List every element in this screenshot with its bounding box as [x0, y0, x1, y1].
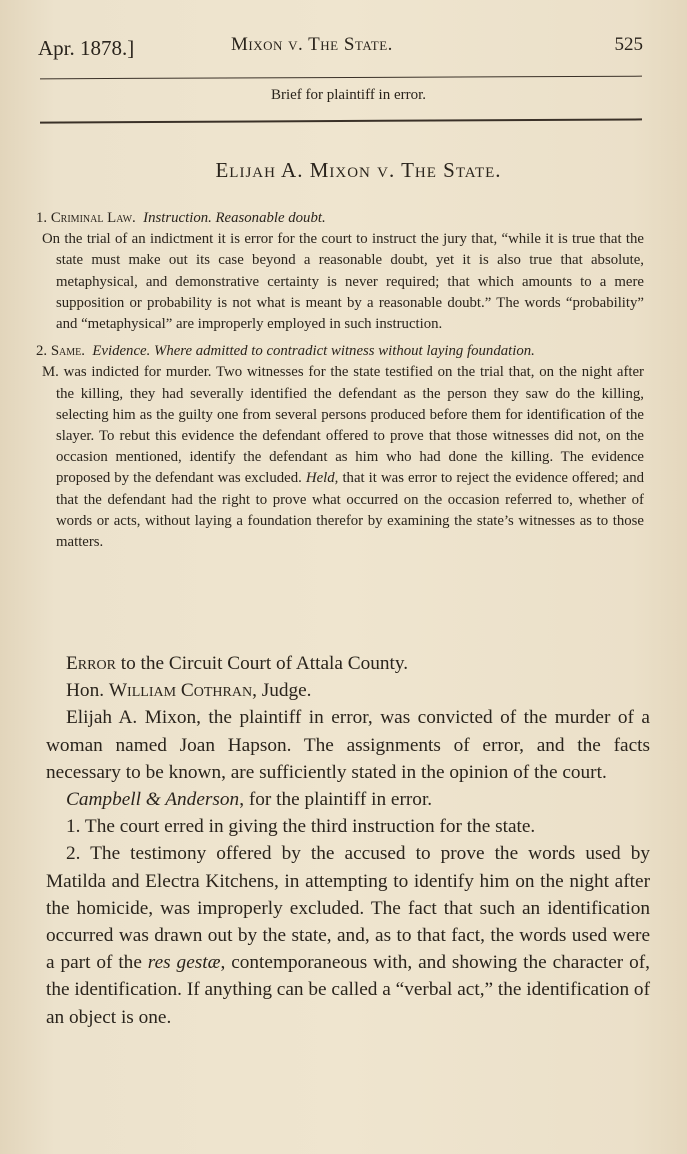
headnote-subtopics: Instruction. Reasonable doubt. — [143, 210, 325, 226]
headnote-heading: 1. Criminal Law. Instruction. Reasonable… — [36, 208, 644, 229]
running-head-date: Apr. 1878.] — [38, 36, 134, 61]
book-page: Apr. 1878.] Mixon v. The State. 525 Brie… — [0, 0, 687, 1154]
headnote-heading: 2. Same. Evidence. Where admitted to con… — [36, 341, 644, 362]
headnote-1: 1. Criminal Law. Instruction. Reasonable… — [36, 208, 644, 335]
case-title: Elijah A. Mixon v. The State. — [0, 158, 687, 183]
headnote-number: 1. — [36, 210, 47, 226]
point-2: 2. The testimony offered by the accused … — [46, 840, 650, 1030]
bottom-rule — [40, 118, 642, 123]
error-line: Error to the Circuit Court of Attala Cou… — [46, 650, 650, 677]
running-head-title: Mixon v. The State. — [231, 34, 393, 56]
headnote-subtopics: Evidence. Where admitted to contradict w… — [92, 343, 534, 359]
counsel-line: Campbell & Anderson, for the plaintiff i… — [46, 786, 650, 813]
headnote-topic: Same. — [51, 343, 85, 359]
headnote-number: 2. — [36, 343, 47, 359]
statement-paragraph: Elijah A. Mixon, the plaintiff in error,… — [46, 704, 650, 786]
headnotes: 1. Criminal Law. Instruction. Reasonable… — [36, 208, 644, 559]
case-text: Error to the Circuit Court of Attala Cou… — [46, 650, 650, 1031]
headnote-body: M. was indicted for murder. Two witnesse… — [42, 362, 644, 553]
judge-line: Hon. William Cothran, Judge. — [46, 677, 650, 704]
section-label: Brief for plaintiff in error. — [0, 87, 687, 104]
point-1: 1. The court erred in giving the third i… — [46, 813, 650, 840]
headnote-2: 2. Same. Evidence. Where admitted to con… — [36, 341, 644, 553]
page-number: 525 — [615, 34, 644, 56]
running-head: Apr. 1878.] Mixon v. The State. 525 — [38, 34, 643, 60]
headnote-body: On the trial of an indictment it is erro… — [42, 229, 644, 335]
top-rule — [40, 76, 642, 80]
held-label: Held, — [306, 470, 338, 486]
headnote-topic: Criminal Law. — [51, 210, 136, 226]
